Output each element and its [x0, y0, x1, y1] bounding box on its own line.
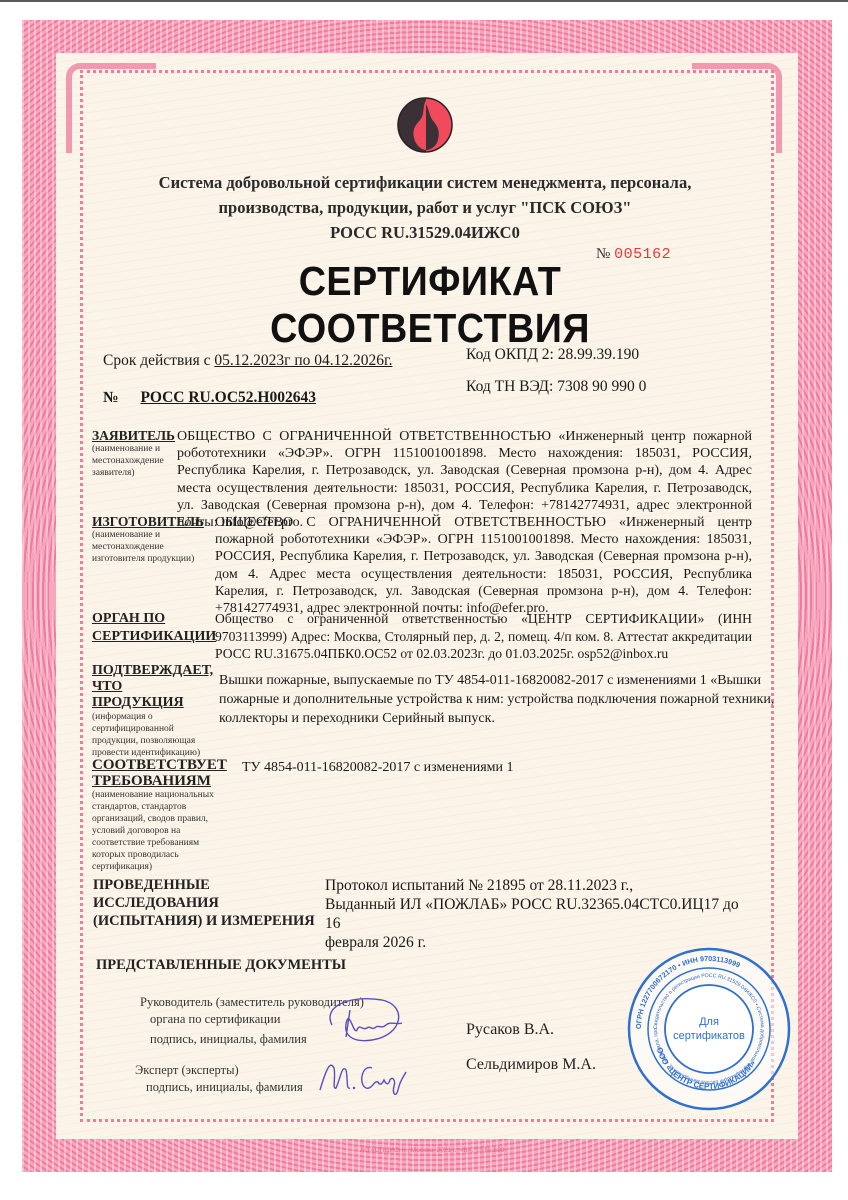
ornament-corner-top-left: [66, 63, 156, 153]
product-label-1: ПОДТВЕРЖДАЕТ,: [92, 663, 212, 679]
product-label-2: ЧТО ПРОДУКЦИЯ: [92, 679, 212, 711]
certification-body-label-block: ОРГАН ПО СЕРТИФИКАЦИИ: [92, 610, 212, 646]
applicant-label: ЗАЯВИТЕЛЬ: [92, 428, 178, 443]
certification-body-label-1: ОРГАН ПО: [92, 610, 212, 628]
tests-line-1: Протокол испытаний № 21895 от 28.11.2023…: [325, 876, 745, 895]
requirements-label-2: ТРЕБОВАНИЯМ: [92, 773, 222, 789]
applicant-sublabel: (наименование и местонахождение заявител…: [92, 443, 178, 479]
round-seal-stamp-icon: ОГРН 1227700672170 • ИНН 9703113999 Свид…: [625, 945, 793, 1113]
expert-signature-caption: Эксперт (эксперты) подпись, инициалы, фа…: [135, 1062, 303, 1096]
requirements-sublabel: (наименование национальных стандартов, с…: [92, 789, 222, 873]
product-text: Вышки пожарные, выпускаемые по ТУ 4854-0…: [219, 671, 779, 728]
requirements-label-block: СООТВЕТСТВУЕТ ТРЕБОВАНИЯМ (наименование …: [92, 757, 222, 873]
screenshot-frame-edge: [0, 0, 848, 2]
certification-body-label-2: СЕРТИФИКАЦИИ: [92, 628, 212, 646]
header-line-3: РОСС RU.31529.04ИЖС0: [120, 220, 730, 245]
expert-signature-icon: [312, 1050, 412, 1100]
ornament-corner-top-right: [692, 63, 782, 153]
expert-name: Сельдимиров М.А.: [466, 1056, 596, 1074]
product-sublabel: (информация о сертифицированной продукци…: [92, 711, 212, 759]
registration-label: №: [103, 389, 119, 406]
validity-prefix: Срок действия с: [103, 352, 214, 369]
manufacturer-text: ОБЩЕСТВО С ОГРАНИЧЕННОЙ ОТВЕТСТВЕННОСТЬЮ…: [215, 514, 752, 617]
okpd2-code: Код ОКПД 2: 28.99.39.190: [466, 346, 639, 364]
tests-line-2: Выданный ИЛ «ПОЖЛАБ» РОСС RU.32365.04СТС…: [325, 895, 745, 933]
expert-caption-line-2: подпись, инициалы, фамилия: [135, 1079, 303, 1096]
registration-value: РОСС RU.ОС52.Н002643: [140, 389, 316, 406]
stamp-center-line-2: сертификатов: [673, 1030, 745, 1042]
header-line-2: производства, продукции, работ и услуг "…: [120, 195, 730, 220]
expert-caption-line-1: Эксперт (эксперты): [135, 1062, 303, 1079]
printer-imprint: АО «ОПЦИОН», Москва, 2021 г., «В». ТЗ № …: [360, 1147, 506, 1154]
certification-system-header: Система добровольной сертификации систем…: [120, 170, 730, 245]
tests-label-2: (ИСПЫТАНИЯ) И ИЗМЕРЕНИЯ: [93, 912, 333, 930]
head-signature-icon: [312, 995, 412, 1050]
stamp-center-line-1: Для: [699, 1016, 719, 1028]
flame-in-circle-logo-icon: [396, 96, 454, 154]
tests-label-block: ПРОВЕДЕННЫЕ ИССЛЕДОВАНИЯ (ИСПЫТАНИЯ) И И…: [93, 876, 333, 930]
certification-body-text: Общество с ограниченной ответственностью…: [215, 610, 752, 663]
manufacturer-label-block: ИЗГОТОВИТЕЛЬ (наименование и местонахожд…: [92, 514, 212, 565]
requirements-label-1: СООТВЕТСТВУЕТ: [92, 757, 222, 773]
manufacturer-label: ИЗГОТОВИТЕЛЬ: [92, 514, 212, 529]
applicant-label-block: ЗАЯВИТЕЛЬ (наименование и местонахождени…: [92, 428, 178, 479]
tests-text: Протокол испытаний № 21895 от 28.11.2023…: [325, 876, 745, 952]
certificate-title: СЕРТИФИКАТ СООТВЕТСТВИЯ: [163, 258, 697, 352]
tnved-code: Код ТН ВЭД: 7308 90 990 0: [466, 378, 646, 396]
requirements-text: ТУ 4854-011-16820082-2017 с изменениями …: [242, 759, 742, 776]
registration-number: № РОСС RU.ОС52.Н002643: [103, 389, 316, 407]
product-label-block: ПОДТВЕРЖДАЕТ, ЧТО ПРОДУКЦИЯ (информация …: [92, 663, 212, 759]
manufacturer-sublabel: (наименование и местонахождение изготови…: [92, 529, 212, 565]
submitted-documents-heading: ПРЕДСТАВЛЕННЫЕ ДОКУМЕНТЫ: [96, 957, 346, 974]
validity-dates: 05.12.2023г по 04.12.2026г.: [214, 352, 392, 369]
head-name: Русаков В.А.: [466, 1021, 554, 1039]
validity-period: Срок действия с 05.12.2023г по 04.12.202…: [103, 352, 392, 370]
tests-label-1: ПРОВЕДЕННЫЕ ИССЛЕДОВАНИЯ: [93, 876, 333, 912]
header-line-1: Система добровольной сертификации систем…: [120, 170, 730, 195]
